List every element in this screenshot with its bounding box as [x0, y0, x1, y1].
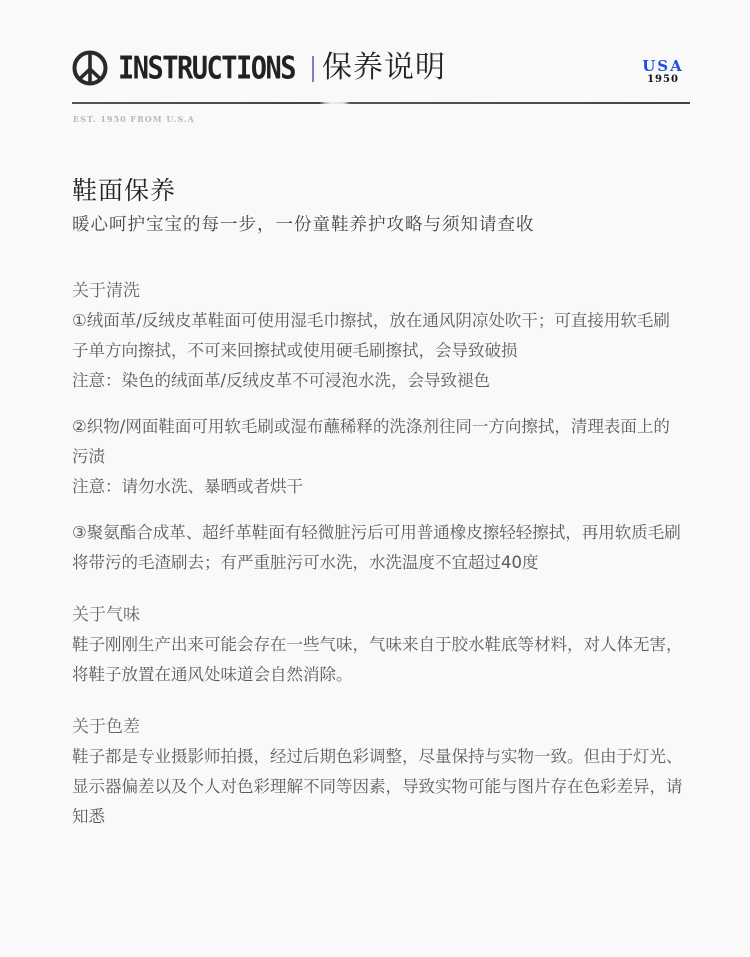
page-subtitle: 暖心呵护宝宝的每一步，一份童鞋养护攻略与须知请查收	[72, 211, 535, 239]
usa-1950-badge: USA 1950	[638, 58, 688, 86]
section-cleaning: 关于清洗 ①绒面革/反绒皮革鞋面可使用湿毛巾擦拭，放在通风阴凉处吹干；可直接用软…	[72, 276, 684, 578]
instruction-text: ①绒面革/反绒皮革鞋面可使用湿毛巾擦拭，放在通风阴凉处吹干；可直接用软毛刷子单方…	[72, 306, 684, 366]
est-tagline: EST. 1950 FROM U.S.A	[73, 114, 195, 124]
section-heading: 关于色差	[72, 712, 684, 742]
peace-sign-icon	[72, 50, 108, 86]
brand-title-cn: 保养说明	[322, 50, 446, 86]
instruction-block: ②织物/网面鞋面可用软毛刷或湿布蘸稀释的洗涤剂往同一方向擦拭，清理表面上的污渍 …	[72, 412, 684, 502]
brand-title-en: INSTRUCTIONS	[118, 52, 295, 87]
brand-divider	[312, 56, 314, 82]
page-title: 鞋面保养	[72, 174, 176, 208]
section-odor: 关于气味 鞋子刚刚生产出来可能会存在一些气味，气味来自于胶水鞋底等材料，对人体无…	[72, 600, 684, 690]
instruction-note: 注意：染色的绒面革/反绒皮革不可浸泡水洗，会导致褪色	[72, 366, 684, 396]
instruction-block: ①绒面革/反绒皮革鞋面可使用湿毛巾擦拭，放在通风阴凉处吹干；可直接用软毛刷子单方…	[72, 306, 684, 396]
instruction-note: 注意：请勿水洗、暴晒或者烘干	[72, 472, 684, 502]
brand-header: INSTRUCTIONS 保养说明 USA 1950	[72, 48, 692, 118]
instruction-text: 鞋子都是专业摄影师拍摄，经过后期色彩调整，尽量保持与实物一致。但由于灯光、显示器…	[72, 742, 684, 832]
badge-usa-text: USA	[638, 58, 688, 74]
instruction-text: 鞋子刚刚生产出来可能会存在一些气味，气味来自于胶水鞋底等材料，对人体无害，将鞋子…	[72, 630, 684, 690]
instruction-text: ②织物/网面鞋面可用软毛刷或湿布蘸稀释的洗涤剂往同一方向擦拭，清理表面上的污渍	[72, 412, 684, 472]
section-heading: 关于清洗	[72, 276, 684, 306]
badge-year-text: 1950	[638, 74, 688, 86]
care-instructions-content: 关于清洗 ①绒面革/反绒皮革鞋面可使用湿毛巾擦拭，放在通风阴凉处吹干；可直接用软…	[72, 276, 684, 854]
header-divider-rule	[72, 102, 690, 104]
section-color-difference: 关于色差 鞋子都是专业摄影师拍摄，经过后期色彩调整，尽量保持与实物一致。但由于灯…	[72, 712, 684, 832]
instruction-block: ③聚氨酯合成革、超纤革鞋面有轻微脏污后可用普通橡皮擦轻轻擦拭，再用软质毛刷将带污…	[72, 518, 684, 578]
section-heading: 关于气味	[72, 600, 684, 630]
instruction-text: ③聚氨酯合成革、超纤革鞋面有轻微脏污后可用普通橡皮擦轻轻擦拭，再用软质毛刷将带污…	[72, 518, 684, 578]
